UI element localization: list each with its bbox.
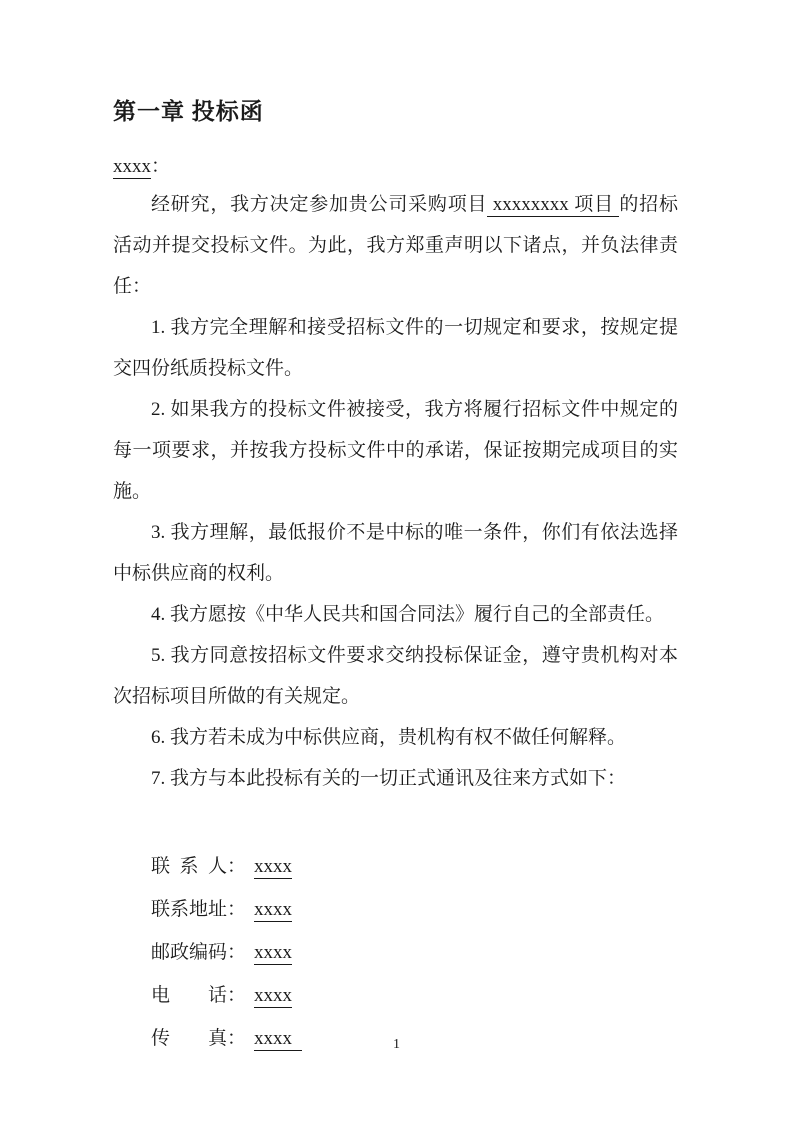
declaration-item-5: 5. 我方同意按招标文件要求交纳投标保证金，遵守贵机构对本次招标项目所做的有关规… xyxy=(113,635,678,717)
intro-paragraph: 经研究，我方决定参加贵公司采购项目 xxxxxxxx 项目 的招标活动并提交投标… xyxy=(113,184,678,307)
contact-value-blank: xxxx xyxy=(254,942,292,965)
chapter-title: 第一章 投标函 xyxy=(113,98,678,125)
declaration-item-6: 6. 我方若未成为中标供应商，贵机构有权不做任何解释。 xyxy=(113,717,678,758)
contact-colon: ： xyxy=(227,985,246,1006)
contact-block: 联 系 人：xxxx 联系地址：xxxx 邮政编码：xxxx 电 话：xxxx … xyxy=(113,845,678,1060)
contact-row-address: 联系地址：xxxx xyxy=(113,888,678,931)
contact-colon: ： xyxy=(227,899,246,920)
document-page: 第一章 投标函 xxxx： 经研究，我方决定参加贵公司采购项目 xxxxxxxx… xyxy=(0,0,793,1122)
contact-row-phone: 电 话：xxxx xyxy=(113,974,678,1017)
contact-colon: ： xyxy=(227,856,246,877)
declaration-item-2: 2. 如果我方的投标文件被接受，我方将履行招标文件中规定的每一项要求，并按我方投… xyxy=(113,389,678,512)
contact-value-blank: xxxx xyxy=(254,985,292,1008)
contact-row-postcode: 邮政编码：xxxx xyxy=(113,931,678,974)
contact-label: 电 话 xyxy=(151,985,227,1006)
declaration-item-4: 4. 我方愿按《中华人民共和国合同法》履行自己的全部责任。 xyxy=(113,594,678,635)
contact-value-blank: xxxx xyxy=(254,856,292,879)
contact-label: 联系地址 xyxy=(151,899,227,920)
contact-label: 联 系 人 xyxy=(151,856,227,877)
declaration-item-7: 7. 我方与本此投标有关的一切正式通讯及往来方式如下： xyxy=(113,758,678,799)
salutation-line: xxxx： xyxy=(113,150,678,184)
declaration-item-3: 3. 我方理解，最低报价不是中标的唯一条件，你们有依法选择中标供应商的权利。 xyxy=(113,512,678,594)
salutation-colon: ： xyxy=(151,156,170,177)
declaration-item-1: 1. 我方完全理解和接受招标文件的一切规定和要求，按规定提交四份纸质投标文件。 xyxy=(113,307,678,389)
project-name-blank: xxxxxxxx 项目 xyxy=(487,194,619,217)
recipient-name-blank: xxxx xyxy=(113,156,151,179)
page-number: 1 xyxy=(0,1036,793,1054)
contact-colon: ： xyxy=(227,942,246,963)
document-body: 第一章 投标函 xxxx： 经研究，我方决定参加贵公司采购项目 xxxxxxxx… xyxy=(0,0,793,1060)
contact-value-blank: xxxx xyxy=(254,899,292,922)
contact-label: 邮政编码 xyxy=(151,942,227,963)
contact-row-person: 联 系 人：xxxx xyxy=(113,845,678,888)
intro-text-before: 经研究，我方决定参加贵公司采购项目 xyxy=(151,194,487,215)
